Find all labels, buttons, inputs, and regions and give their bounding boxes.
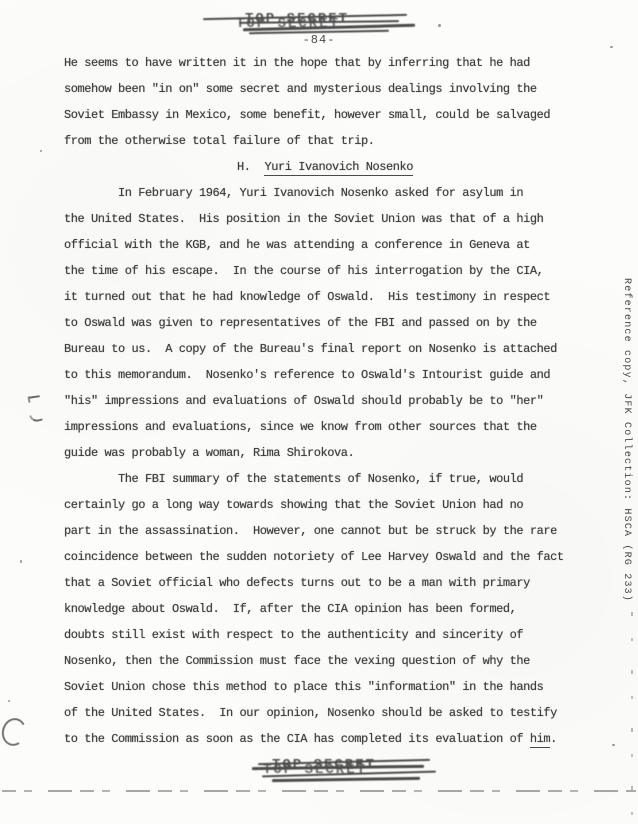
text-line: that a Soviet official who defects turns… [64, 570, 586, 596]
text-line: guide was probably a woman, Rima Shiroko… [64, 440, 586, 466]
text-line: part in the assassination. However, one … [64, 518, 586, 544]
text-line: the time of his escape. In the course of… [64, 258, 586, 284]
scan-speck [40, 150, 42, 152]
paragraph-final-line: to the Commission as soon as the CIA has… [64, 726, 586, 752]
text-line: certainly go a long way towards showing … [64, 492, 586, 518]
scan-edge-line-right [631, 612, 633, 818]
paragraph-fbi-summary: The FBI summary of the statements of Nos… [64, 466, 586, 726]
final-line-underlined-word: him [530, 732, 550, 748]
text-line: coincidence between the sudden notoriety… [64, 544, 586, 570]
text-line: He seems to have written it in the hope … [64, 50, 586, 76]
top-secret-stamp-bottom: TOP SECRET TOP SECRET [272, 757, 422, 787]
scan-edge-line-bottom [2, 790, 636, 792]
section-heading: H.Yuri Ivanovich Nosenko [64, 154, 586, 180]
text-line: In February 1964, Yuri Ivanovich Nosenko… [64, 180, 586, 206]
text-line: Bureau to us. A copy of the Bureau's fin… [64, 336, 586, 362]
scan-speck [20, 560, 22, 563]
final-line-suffix: . [550, 732, 557, 746]
text-line: doubts still exist with respect to the a… [64, 622, 586, 648]
text-line: impressions and evaluations, since we kn… [64, 414, 586, 440]
document-page: TOP SECRET TOP SECRET -84- He seems to h… [0, 0, 638, 824]
text-line: Soviet Union chose this method to place … [64, 674, 586, 700]
text-line: The FBI summary of the statements of Nos… [64, 466, 586, 492]
section-heading-title: Yuri Ivanovich Nosenko [264, 160, 413, 176]
text-line: from the otherwise total failure of that… [64, 128, 586, 154]
text-line: to Oswald was given to representatives o… [64, 310, 586, 336]
scan-speck [610, 46, 613, 48]
text-line: of the United States. In our opinion, No… [64, 700, 586, 726]
paragraph-nosenko-asylum: In February 1964, Yuri Ivanovich Nosenko… [64, 180, 586, 466]
scan-speck [612, 744, 615, 746]
text-line: it turned out that he had knowledge of O… [64, 284, 586, 310]
text-line: Nosenko, then the Commission must face t… [64, 648, 586, 674]
scan-speck [438, 24, 441, 27]
handwritten-mark-tick [29, 413, 43, 424]
text-line: somehow been "in on" some secret and mys… [64, 76, 586, 102]
page-number: -84- [0, 33, 638, 47]
handwritten-mark-circle [0, 716, 29, 749]
paragraph-trip-conclusion: He seems to have written it in the hope … [64, 50, 586, 154]
document-body: He seems to have written it in the hope … [64, 50, 586, 752]
text-line: knowledge about Oswald. If, after the CI… [64, 596, 586, 622]
scan-speck [8, 700, 10, 702]
text-line: "his" impressions and evaluations of Osw… [64, 388, 586, 414]
text-line: official with the KGB, and he was attend… [64, 232, 586, 258]
final-line-prefix: to the Commission as soon as the CIA has… [64, 732, 530, 746]
section-heading-index: H. [237, 160, 251, 174]
text-line: the United States. His position in the S… [64, 206, 586, 232]
handwritten-mark-tick [28, 395, 41, 403]
text-line: Soviet Embassy in Mexico, some benefit, … [64, 102, 586, 128]
text-line: to this memorandum. Nosenko's reference … [64, 362, 586, 388]
